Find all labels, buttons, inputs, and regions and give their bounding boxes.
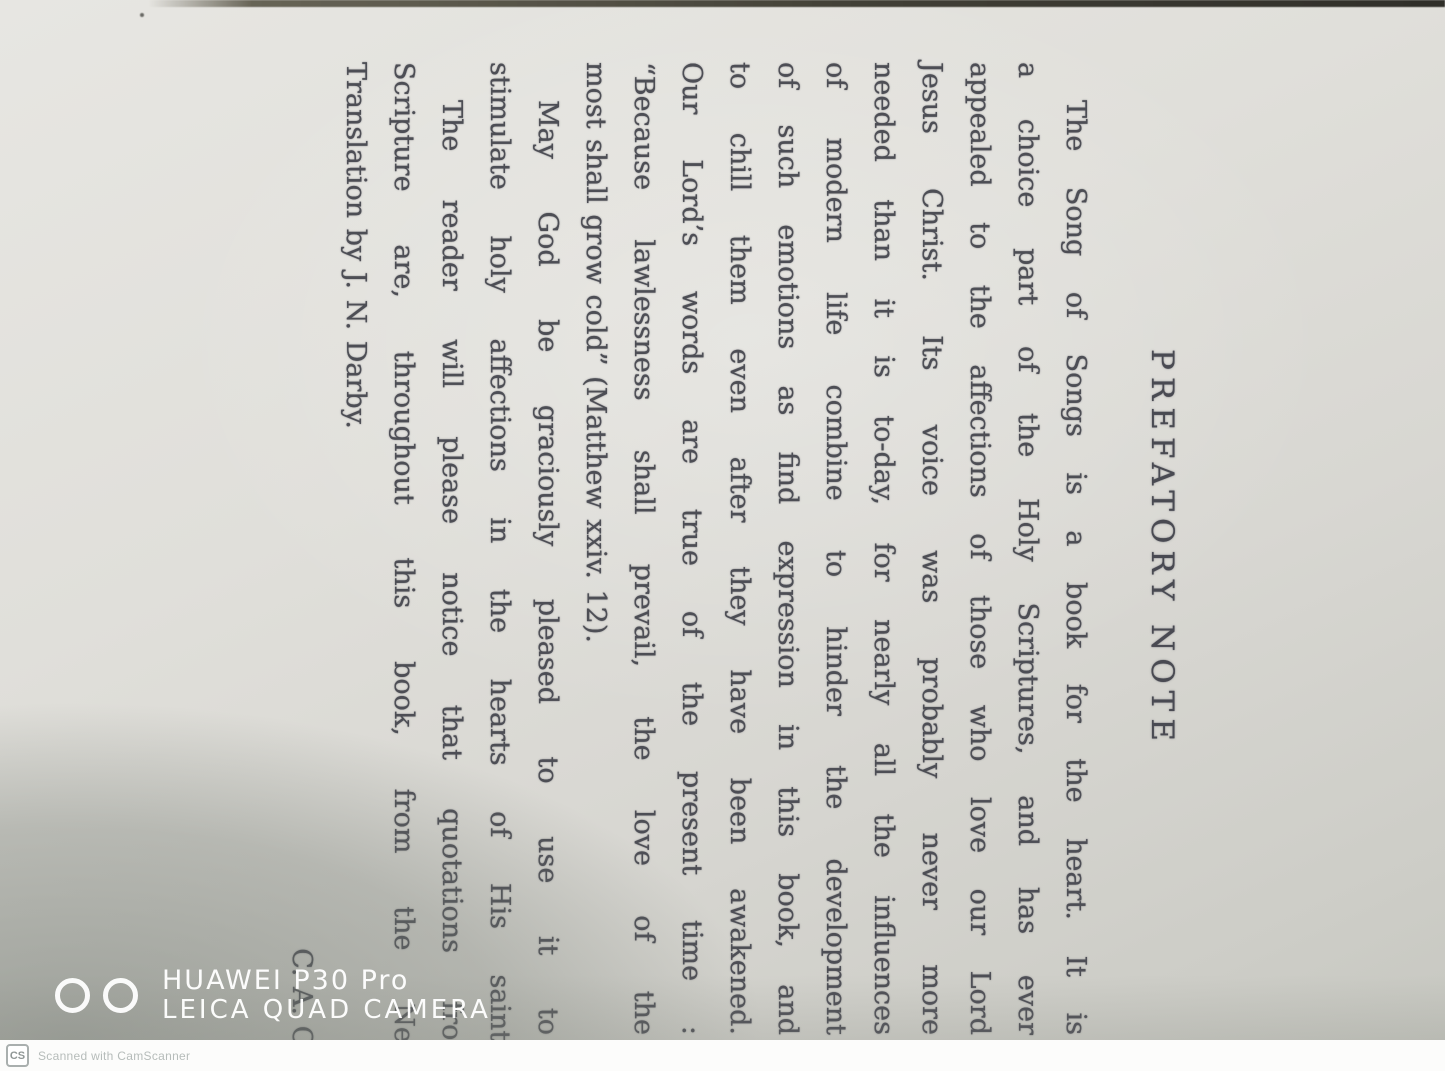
camscanner-label: Scanned with CamScanner — [38, 1049, 190, 1063]
text-line: Jesus Christ. Its voice was probably nev… — [907, 62, 955, 1035]
lens-circle-icon — [55, 978, 90, 1013]
camscanner-logo: CS — [6, 1044, 29, 1067]
watermark-model: HUAWEI P30 Pro — [162, 966, 491, 996]
text-line: of modern life combine to hinder the dev… — [811, 62, 859, 1035]
text-line: a choice part of the Holy Scriptures, an… — [1003, 62, 1051, 1035]
scanned-book-photo: PREFATORY NOTE The Song of Songs is a bo… — [0, 0, 1445, 1071]
text-line: appealed to the affections of those who … — [955, 62, 1003, 1035]
lens-rings-icon — [55, 978, 138, 1013]
book-edge-shadow — [148, 0, 1445, 7]
camera-watermark: HUAWEI P30 Pro LEICA QUAD CAMERA — [55, 966, 491, 1025]
camscanner-footer: CS Scanned with CamScanner — [0, 1040, 1445, 1071]
text-line: The Song of Songs is a book for the hear… — [1051, 62, 1099, 1035]
watermark-text: HUAWEI P30 Pro LEICA QUAD CAMERA — [162, 966, 491, 1025]
watermark-camera: LEICA QUAD CAMERA — [162, 996, 491, 1025]
dust-speck — [140, 13, 144, 17]
lens-circle-icon — [103, 978, 138, 1013]
text-line: needed than it is to-day, for nearly all… — [859, 62, 907, 1035]
page-title: PREFATORY NOTE — [1141, 62, 1183, 1035]
